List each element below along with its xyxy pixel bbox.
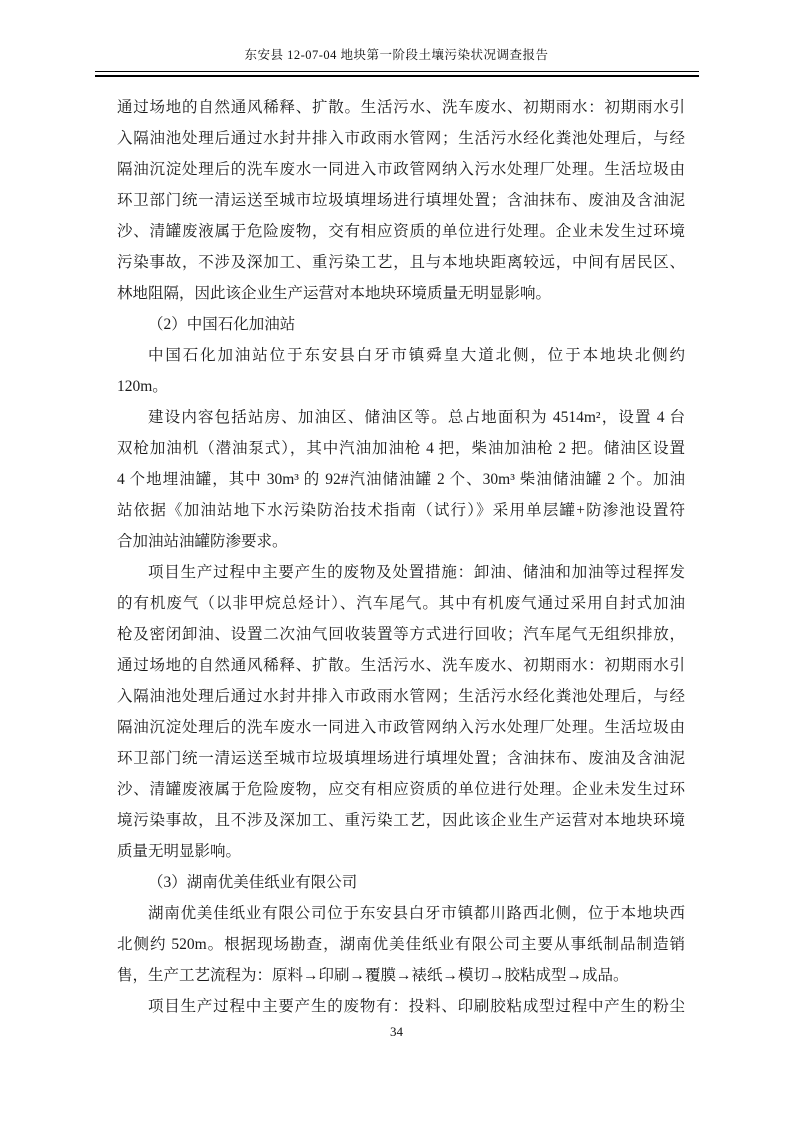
header-rule [95, 71, 699, 77]
section-heading-gas-station: （2）中国石化加油站 [117, 309, 685, 340]
text-line: 站依据《加油站地下水污染防治技术指南（试行）》采用单层罐+防渗池设置符 [117, 495, 685, 526]
document-page: 东安县 12-07-04 地块第一阶段土壤污染状况调查报告 通过场地的自然通风稀… [0, 0, 793, 1122]
text-line: 环卫部门统一清运送至城市垃圾填埋场进行填埋处置；含油抹布、废油及含油泥 [117, 185, 685, 216]
text-line: 沙、清罐废液属于危险废物，应交有相应资质的单位进行处理。企业未发生过环 [117, 774, 685, 805]
paragraph-gas-station-waste: 项目生产过程中主要产生的废物及处置措施：卸油、储油和加油等过程挥发 的有机废气（… [117, 557, 685, 867]
text-line: 合加油站油罐防渗要求。 [117, 526, 685, 557]
section-heading-line: （2）中国石化加油站 [117, 309, 685, 340]
text-line: 环卫部门统一清运送至城市垃圾填埋场进行填埋处置；含油抹布、废油及含油泥 [117, 743, 685, 774]
text-line: 的有机废气（以非甲烷总烃计）、汽车尾气。其中有机废气通过采用自封式加油 [117, 588, 685, 619]
paragraph-paper-company-waste: 项目生产过程中主要产生的废物有：投料、印刷胶粘成型过程中产生的粉尘 [117, 991, 685, 1022]
section-heading-paper-company: （3）湖南优美佳纸业有限公司 [117, 867, 685, 898]
text-line: 项目生产过程中主要产生的废物及处置措施：卸油、储油和加油等过程挥发 [117, 557, 685, 588]
paragraph-continuation: 通过场地的自然通风稀释、扩散。生活污水、洗车废水、初期雨水：初期雨水引 入隔油池… [117, 92, 685, 309]
text-line: 林地阻隔，因此该企业生产运营对本地块环境质量无明显影响。 [117, 278, 685, 309]
text-line: 湖南优美佳纸业有限公司位于东安县白牙市镇都川路西北侧，位于本地块西 [117, 898, 685, 929]
text-line: 质量无明显影响。 [117, 836, 685, 867]
text-line: 双枪加油机（潜油泵式），其中汽油加油枪 4 把，柴油加油枪 2 把。储油区设置 [117, 433, 685, 464]
text-line: 入隔油池处理后通过水封井排入市政雨水管网；生活污水经化粪池处理后，与经 [117, 123, 685, 154]
document-body: 通过场地的自然通风稀释、扩散。生活污水、洗车废水、初期雨水：初期雨水引 入隔油池… [117, 92, 685, 1022]
text-line: 隔油沉淀处理后的洗车废水一同进入市政管网纳入污水处理厂处理。生活垃圾由 [117, 154, 685, 185]
text-line: 通过场地的自然通风稀释、扩散。生活污水、洗车废水、初期雨水：初期雨水引 [117, 650, 685, 681]
text-line: 120m。 [117, 371, 685, 402]
text-line: 境污染事故，且不涉及深加工、重污染工艺，因此该企业生产运营对本地块环境 [117, 805, 685, 836]
header-title: 东安县 12-07-04 地块第一阶段土壤污染状况调查报告 [0, 47, 793, 63]
text-line: 项目生产过程中主要产生的废物有：投料、印刷胶粘成型过程中产生的粉尘 [117, 991, 685, 1022]
text-line: 建设内容包括站房、加油区、储油区等。总占地面积为 4514m²，设置 4 台 [117, 402, 685, 433]
text-line: 北侧约 520m。根据现场勘查，湖南优美佳纸业有限公司主要从事纸制品制造销 [117, 929, 685, 960]
page-footer: 34 [0, 1024, 793, 1040]
page-number: 34 [390, 1024, 403, 1039]
text-line: 污染事故，不涉及深加工、重污染工艺，且与本地块距离较远，中间有居民区、 [117, 247, 685, 278]
text-line: 售，生产工艺流程为：原料→印刷→覆膜→裱纸→模切→胶粘成型→成品。 [117, 960, 685, 991]
text-line: 隔油沉淀处理后的洗车废水一同进入市政管网纳入污水处理厂处理。生活垃圾由 [117, 712, 685, 743]
section-heading-line: （3）湖南优美佳纸业有限公司 [117, 867, 685, 898]
text-line: 枪及密闭卸油、设置二次油气回收装置等方式进行回收；汽车尾气无组织排放， [117, 619, 685, 650]
text-line: 通过场地的自然通风稀释、扩散。生活污水、洗车废水、初期雨水：初期雨水引 [117, 92, 685, 123]
text-line: 中国石化加油站位于东安县白牙市镇舜皇大道北侧，位于本地块北侧约 [117, 340, 685, 371]
paragraph-gas-station-construction: 建设内容包括站房、加油区、储油区等。总占地面积为 4514m²，设置 4 台 双… [117, 402, 685, 557]
text-line: 4 个地埋油罐，其中 30m³ 的 92#汽油储油罐 2 个、30m³ 柴油储油… [117, 464, 685, 495]
text-line: 沙、清罐废液属于危险废物，交有相应资质的单位进行处理。企业未发生过环境 [117, 216, 685, 247]
paragraph-gas-station-location: 中国石化加油站位于东安县白牙市镇舜皇大道北侧，位于本地块北侧约 120m。 [117, 340, 685, 402]
page-header: 东安县 12-07-04 地块第一阶段土壤污染状况调查报告 [0, 47, 793, 77]
text-line: 入隔油池处理后通过水封井排入市政雨水管网；生活污水经化粪池处理后，与经 [117, 681, 685, 712]
paragraph-paper-company-location: 湖南优美佳纸业有限公司位于东安县白牙市镇都川路西北侧，位于本地块西 北侧约 52… [117, 898, 685, 991]
